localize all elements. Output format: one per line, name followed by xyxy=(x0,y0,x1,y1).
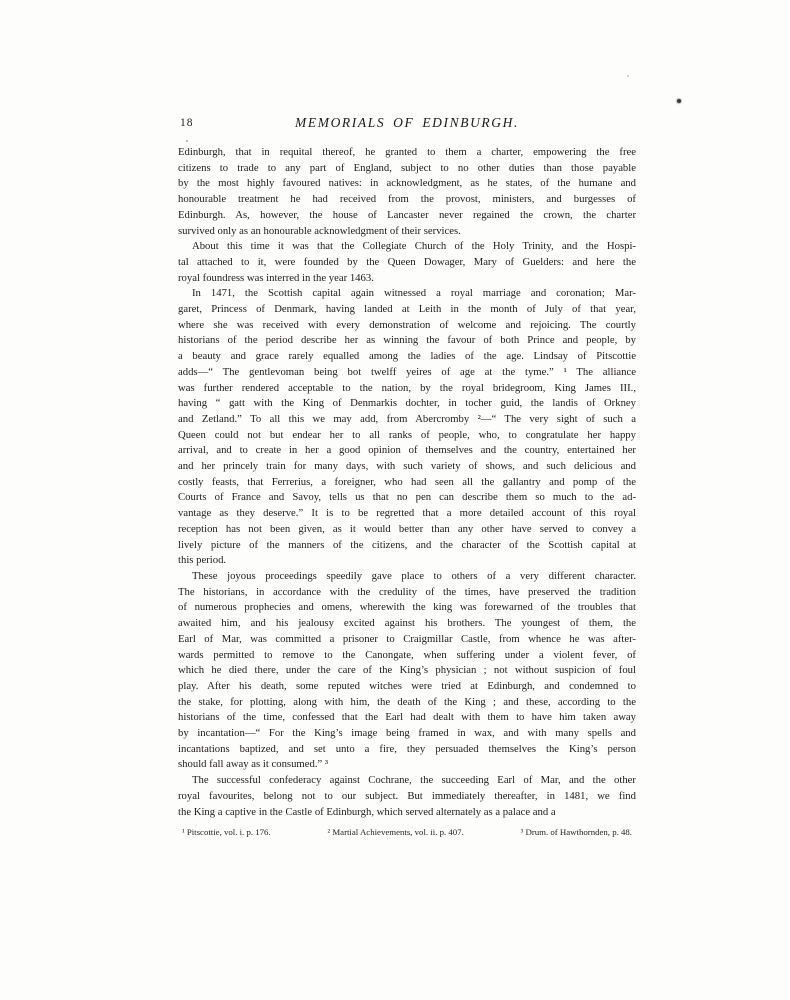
text-line: where she was received with every demons… xyxy=(178,318,636,334)
footnote: ³ Drum. of Hawthornden, p. 48. xyxy=(521,826,632,839)
text-line: having “ gatt with the King of Denmarkis… xyxy=(178,396,636,412)
paragraph: Edinburgh, that in requital thereof, he … xyxy=(178,145,636,239)
text-line: survived only as an honourable acknowled… xyxy=(178,224,636,240)
text-line: historians of the period describe her as… xyxy=(178,333,636,349)
text-line: the King a captive in the Castle of Edin… xyxy=(178,805,636,821)
text-line: reception has not been given, as it woul… xyxy=(178,522,636,538)
page-header: 18 MEMORIALS OF EDINBURGH. xyxy=(178,115,636,133)
text-line: which he died there, under the care of t… xyxy=(178,663,636,679)
text-line: incantations baptized, and set unto a fi… xyxy=(178,742,636,758)
text-line: wards permitted to remove to the Canonga… xyxy=(178,648,636,664)
text-line: citizens to trade to any part of England… xyxy=(178,161,636,177)
text-line: costly feasts, that Ferrerius, a foreign… xyxy=(178,475,636,491)
text-line: royal foundress was interred in the year… xyxy=(178,271,636,287)
text-line: The historians, in accordance with the c… xyxy=(178,585,636,601)
text-line: Queen could not but endear her to all ra… xyxy=(178,428,636,444)
book-page-scan: 18 MEMORIALS OF EDINBURGH. Edinburgh, th… xyxy=(0,0,790,1000)
text-line: a beauty and grace rarely equalled among… xyxy=(178,349,636,365)
paragraph: The successful confederacy against Cochr… xyxy=(178,773,636,820)
text-line: by incantation—“ For the King’s image be… xyxy=(178,726,636,742)
text-line: of numerous prophecies and omens, wherew… xyxy=(178,600,636,616)
footnotes-row: ¹ Pitscottie, vol. i. p. 176. ² Martial … xyxy=(182,826,632,839)
text-line: and her princely train for many days, wi… xyxy=(178,459,636,475)
scan-speck xyxy=(677,99,681,103)
paragraph: About this time it was that the Collegia… xyxy=(178,239,636,286)
text-line: About this time it was that the Collegia… xyxy=(178,239,636,255)
footnote: ² Martial Achievements, vol. ii. p. 407. xyxy=(328,826,464,839)
text-line: vantage as they deserve.” It is to be re… xyxy=(178,506,636,522)
text-line: honourable treatment he had received fro… xyxy=(178,192,636,208)
text-line: should fall away as it consumed.” ³ xyxy=(178,757,636,773)
paragraph: In 1471, the Scottish capital again witn… xyxy=(178,286,636,569)
scan-speck xyxy=(186,140,188,142)
text-line: historians of the time, confessed that t… xyxy=(178,710,636,726)
text-line: These joyous proceedings speedily gave p… xyxy=(178,569,636,585)
text-line: lively picture of the manners of the cit… xyxy=(178,538,636,554)
scan-speck xyxy=(627,75,629,77)
text-line: royal favourites, belong not to our subj… xyxy=(178,789,636,805)
text-line: adds—“ The gentlevoman being bot twelff … xyxy=(178,365,636,381)
text-line: Edinburgh, that in requital thereof, he … xyxy=(178,145,636,161)
body-text: Edinburgh, that in requital thereof, he … xyxy=(178,145,636,820)
text-line: Edinburgh. As, however, the house of Lan… xyxy=(178,208,636,224)
text-line: Earl of Mar, was committed a prisoner to… xyxy=(178,632,636,648)
text-line: and Zetland.” To all this we may add, fr… xyxy=(178,412,636,428)
text-line: tal attached to it, were founded by the … xyxy=(178,255,636,271)
text-line: In 1471, the Scottish capital again witn… xyxy=(178,286,636,302)
text-line: by the most highly favoured natives: in … xyxy=(178,176,636,192)
text-line: awaited him, and his jealousy excited ag… xyxy=(178,616,636,632)
paragraph: These joyous proceedings speedily gave p… xyxy=(178,569,636,773)
text-line: Courts of France and Savoy, tells us tha… xyxy=(178,490,636,506)
text-line: was further rendered acceptable to the n… xyxy=(178,381,636,397)
text-line: The successful confederacy against Cochr… xyxy=(178,773,636,789)
text-line: garet, Princess of Denmark, having lande… xyxy=(178,302,636,318)
text-line: the stake, for plotting, along with him,… xyxy=(178,695,636,711)
text-line: play. After his death, some reputed witc… xyxy=(178,679,636,695)
text-line: arrival, and to create in her a good opi… xyxy=(178,443,636,459)
running-title: MEMORIALS OF EDINBURGH. xyxy=(178,115,636,131)
footnote: ¹ Pitscottie, vol. i. p. 176. xyxy=(182,826,271,839)
text-line: this period. xyxy=(178,553,636,569)
